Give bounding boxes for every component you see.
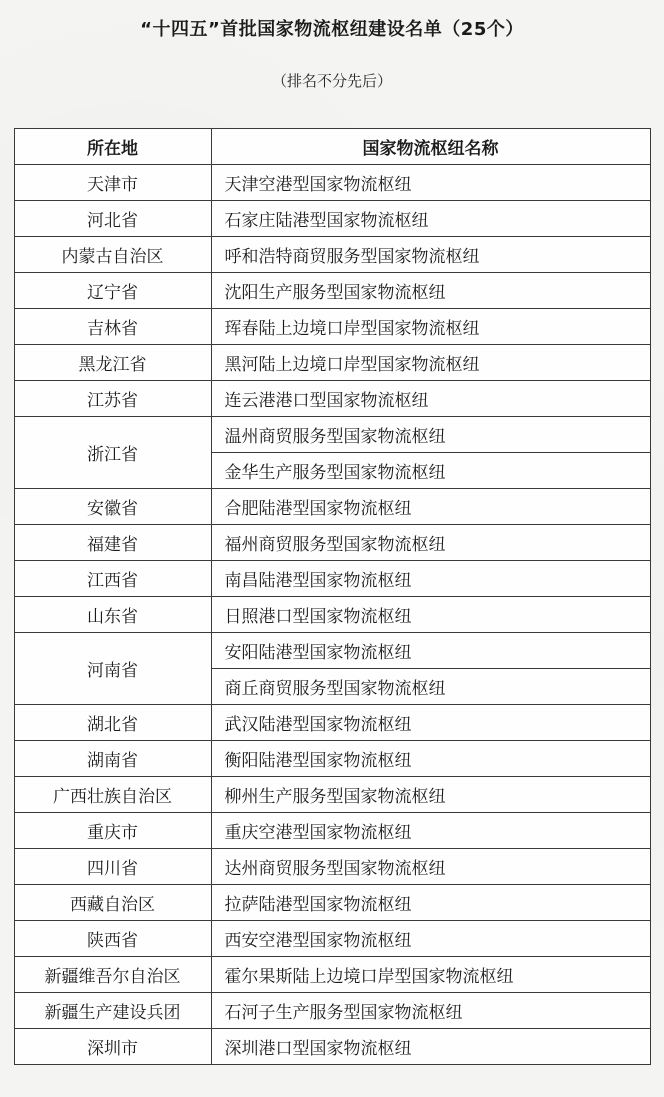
location-cell: 天津市 [14,165,211,201]
location-cell: 陕西省 [14,921,211,957]
location-cell: 安徽省 [14,489,211,525]
location-cell: 黑龙江省 [14,345,211,381]
hub-name-cell: 武汉陆港型国家物流枢纽 [211,705,650,741]
page-subtitle: （排名不分先后） [0,70,664,92]
location-cell: 河北省 [14,201,211,237]
hub-name-cell: 柳州生产服务型国家物流枢纽 [211,777,650,813]
location-cell: 福建省 [14,525,211,561]
location-cell: 内蒙古自治区 [14,237,211,273]
table-row: 湖北省武汉陆港型国家物流枢纽 [14,705,650,741]
table-header-row: 所在地 国家物流枢纽名称 [14,129,650,165]
hub-name-cell: 日照港口型国家物流枢纽 [211,597,650,633]
location-cell: 深圳市 [14,1029,211,1065]
table-row: 内蒙古自治区呼和浩特商贸服务型国家物流枢纽 [14,237,650,273]
location-cell: 辽宁省 [14,273,211,309]
table-row: 四川省达州商贸服务型国家物流枢纽 [14,849,650,885]
hub-name-cell: 沈阳生产服务型国家物流枢纽 [211,273,650,309]
table-row: 天津市天津空港型国家物流枢纽 [14,165,650,201]
table-row: 江苏省连云港港口型国家物流枢纽 [14,381,650,417]
document-page: “十四五”首批国家物流枢纽建设名单（25个） （排名不分先后） 所在地 国家物流… [0,0,664,1065]
hub-name-cell: 温州商贸服务型国家物流枢纽 [211,417,650,453]
table-row: 江西省南昌陆港型国家物流枢纽 [14,561,650,597]
hub-name-cell: 安阳陆港型国家物流枢纽 [211,633,650,669]
hub-name-cell: 合肥陆港型国家物流枢纽 [211,489,650,525]
hub-name-cell: 黑河陆上边境口岸型国家物流枢纽 [211,345,650,381]
logistics-hub-table: 所在地 国家物流枢纽名称 天津市天津空港型国家物流枢纽河北省石家庄陆港型国家物流… [14,128,651,1065]
location-cell: 河南省 [14,633,211,705]
hub-name-cell: 石河子生产服务型国家物流枢纽 [211,993,650,1029]
column-header-hub-name: 国家物流枢纽名称 [211,129,650,165]
table-row: 深圳市深圳港口型国家物流枢纽 [14,1029,650,1065]
hub-name-cell: 石家庄陆港型国家物流枢纽 [211,201,650,237]
location-cell: 浙江省 [14,417,211,489]
hub-name-cell: 连云港港口型国家物流枢纽 [211,381,650,417]
hub-name-cell: 天津空港型国家物流枢纽 [211,165,650,201]
table-row: 新疆维吾尔自治区霍尔果斯陆上边境口岸型国家物流枢纽 [14,957,650,993]
column-header-location: 所在地 [14,129,211,165]
location-cell: 广西壮族自治区 [14,777,211,813]
location-cell: 新疆生产建设兵团 [14,993,211,1029]
hub-name-cell: 商丘商贸服务型国家物流枢纽 [211,669,650,705]
hub-name-cell: 衡阳陆港型国家物流枢纽 [211,741,650,777]
table-row: 辽宁省沈阳生产服务型国家物流枢纽 [14,273,650,309]
hub-name-cell: 珲春陆上边境口岸型国家物流枢纽 [211,309,650,345]
table-row: 吉林省珲春陆上边境口岸型国家物流枢纽 [14,309,650,345]
location-cell: 湖南省 [14,741,211,777]
table-row: 重庆市重庆空港型国家物流枢纽 [14,813,650,849]
hub-name-cell: 福州商贸服务型国家物流枢纽 [211,525,650,561]
hub-name-cell: 拉萨陆港型国家物流枢纽 [211,885,650,921]
page-title: “十四五”首批国家物流枢纽建设名单（25个） [0,18,664,42]
location-cell: 西藏自治区 [14,885,211,921]
table-row: 福建省福州商贸服务型国家物流枢纽 [14,525,650,561]
table-row: 安徽省合肥陆港型国家物流枢纽 [14,489,650,525]
hub-name-cell: 达州商贸服务型国家物流枢纽 [211,849,650,885]
hub-name-cell: 呼和浩特商贸服务型国家物流枢纽 [211,237,650,273]
location-cell: 山东省 [14,597,211,633]
hub-name-cell: 金华生产服务型国家物流枢纽 [211,453,650,489]
hub-name-cell: 西安空港型国家物流枢纽 [211,921,650,957]
location-cell: 湖北省 [14,705,211,741]
table-row: 广西壮族自治区柳州生产服务型国家物流枢纽 [14,777,650,813]
table-row: 陕西省西安空港型国家物流枢纽 [14,921,650,957]
location-cell: 新疆维吾尔自治区 [14,957,211,993]
location-cell: 江苏省 [14,381,211,417]
table-row: 新疆生产建设兵团石河子生产服务型国家物流枢纽 [14,993,650,1029]
location-cell: 重庆市 [14,813,211,849]
hub-name-cell: 霍尔果斯陆上边境口岸型国家物流枢纽 [211,957,650,993]
hub-table-body: 天津市天津空港型国家物流枢纽河北省石家庄陆港型国家物流枢纽内蒙古自治区呼和浩特商… [14,165,650,1065]
location-cell: 吉林省 [14,309,211,345]
table-row: 浙江省温州商贸服务型国家物流枢纽 [14,417,650,453]
table-row: 黑龙江省黑河陆上边境口岸型国家物流枢纽 [14,345,650,381]
table-row: 河北省石家庄陆港型国家物流枢纽 [14,201,650,237]
table-row: 山东省日照港口型国家物流枢纽 [14,597,650,633]
table-row: 湖南省衡阳陆港型国家物流枢纽 [14,741,650,777]
table-row: 西藏自治区拉萨陆港型国家物流枢纽 [14,885,650,921]
hub-name-cell: 南昌陆港型国家物流枢纽 [211,561,650,597]
location-cell: 江西省 [14,561,211,597]
location-cell: 四川省 [14,849,211,885]
hub-name-cell: 重庆空港型国家物流枢纽 [211,813,650,849]
table-row: 河南省安阳陆港型国家物流枢纽 [14,633,650,669]
hub-name-cell: 深圳港口型国家物流枢纽 [211,1029,650,1065]
